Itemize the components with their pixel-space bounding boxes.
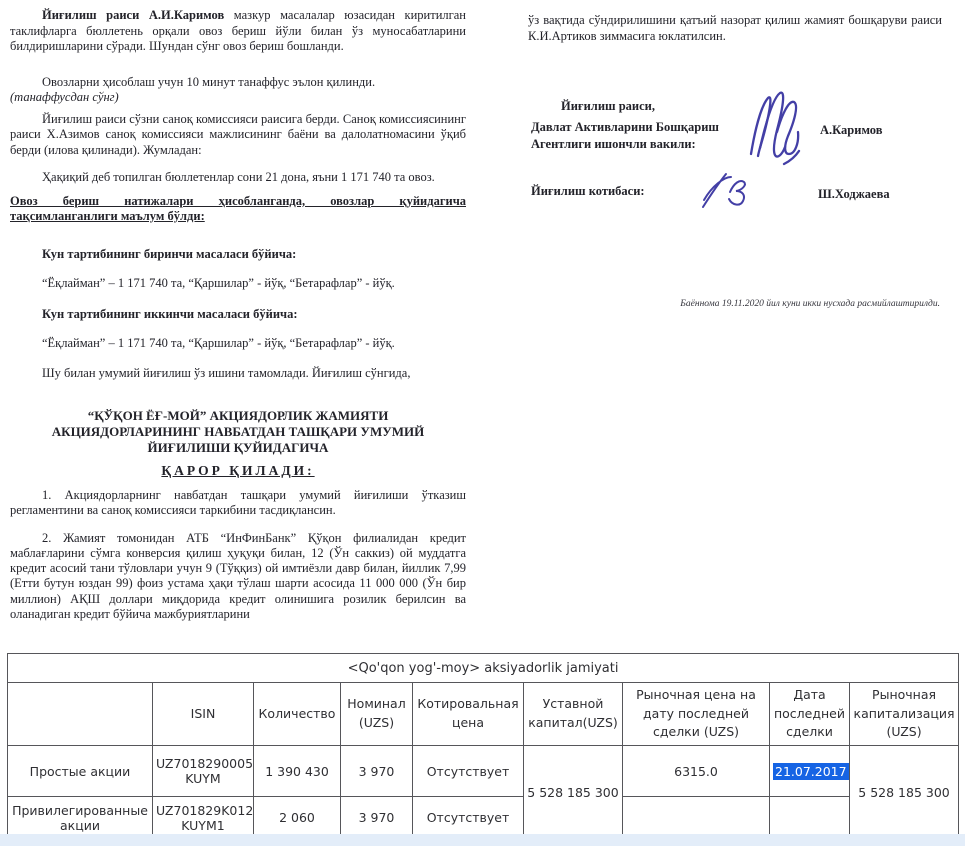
paragraph-ballots-count: Ҳақиқий деб топилган бюллетенлар сони 21… xyxy=(10,170,466,186)
bottom-highlight-strip xyxy=(0,834,965,846)
signatory1-label: Давлат Активларини Бошқариш Агентлиги иш… xyxy=(531,119,731,152)
protocol-copies-note: Баённома 19.11.2020 йил куни икки нусхад… xyxy=(528,296,940,312)
resolution-title-line3: ЙИҒИЛИШИ ҚУЙИДАГИЧА xyxy=(10,440,466,456)
cell-quote-price: Отсутствует xyxy=(413,797,524,839)
header-last-deal-date: Дата последней сделки xyxy=(770,683,850,746)
resolution-title: “ҚЎҚОН ЁҒ-МОЙ” АКЦИЯДОРЛИК ЖАМИЯТИ АКЦИЯ… xyxy=(10,408,466,456)
header-charter-capital: Уставной капитал(UZS) xyxy=(524,683,623,746)
cell-charter-capital: 5 528 185 300 xyxy=(524,746,623,839)
agenda-item2-heading: Кун тартибининг иккинчи масаласи бўйича: xyxy=(10,307,466,323)
agenda-item1-result: “Ёқлайман” – 1 171 740 та, “Қаршилар” - … xyxy=(10,276,466,292)
signatory1-name: А.Каримов xyxy=(820,122,883,138)
cell-last-price-empty xyxy=(623,797,770,839)
paragraph-meeting-closing: Шу билан умумий йиғилиш ўз ишини тамомла… xyxy=(10,366,466,382)
resolution-title-line2: АКЦИЯДОРЛАРИНИНГ НАВБАТДАН ТАШҚАРИ УМУМИ… xyxy=(10,424,466,440)
decision-item-1: 1. Акциядорларнинг навбатдан ташқари уму… xyxy=(10,488,466,519)
cell-last-date: 21.07.2017 xyxy=(770,746,850,797)
left-text-column: Йиғилиш раиси А.И.Каримов мазкур масалал… xyxy=(10,8,466,622)
cell-last-date-empty xyxy=(770,797,850,839)
cell-last-price: 6315.0 xyxy=(623,746,770,797)
karimov-signature-icon xyxy=(744,88,802,170)
table-title-row: <Qo'qon yog'-moy> aksiyadorlik jamiyati xyxy=(8,654,959,683)
table-header-row: ISIN Количество Номинал (UZS) Котироваль… xyxy=(8,683,959,746)
stock-table-wrap: <Qo'qon yog'-moy> aksiyadorlik jamiyati … xyxy=(7,653,959,839)
header-quantity: Количество xyxy=(254,683,341,746)
signatory2-label: Йиғилиш котибаси: xyxy=(531,183,645,199)
signature-block-heading: Йиғилиш раиси, xyxy=(561,98,655,114)
paragraph-counting-commission: Йиғилиш раиси сўзни саноқ комиссияси раи… xyxy=(10,112,466,159)
cell-isin: UZ7018290005 KUYM xyxy=(153,746,254,797)
cell-name: Привилегированные акции xyxy=(8,797,153,839)
khodjaeva-signature-icon xyxy=(700,172,748,212)
decision-item-2: 2. Жамият томонидан АТБ “ИнФинБанк” Қўқо… xyxy=(10,531,466,623)
header-quote-price: Котировальная цена xyxy=(413,683,524,746)
cell-quantity: 2 060 xyxy=(254,797,341,839)
header-market-price: Рыночная цена на дату последней сделки (… xyxy=(623,683,770,746)
agenda-item1-heading: Кун тартибининг биринчи масаласи бўйича: xyxy=(10,247,466,263)
paragraph-break-announcement: Овозларни ҳисоблаш учун 10 минут танаффу… xyxy=(10,75,466,106)
document-page: Йиғилиш раиси А.И.Каримов мазкур масалал… xyxy=(0,0,965,846)
resolution-title-line1: “ҚЎҚОН ЁҒ-МОЙ” АКЦИЯДОРЛИК ЖАМИЯТИ xyxy=(10,408,466,424)
signatory2-name: Ш.Ходжаева xyxy=(818,186,890,202)
cell-isin: UZ701829K012 KUYM1 xyxy=(153,797,254,839)
header-empty xyxy=(8,683,153,746)
header-market-cap: Рыночная капитализация (UZS) xyxy=(850,683,959,746)
cell-quote-price: Отсутствует xyxy=(413,746,524,797)
decision-heading: ҚАРОР ҚИЛАДИ: xyxy=(10,463,466,479)
cell-nominal: 3 970 xyxy=(341,797,413,839)
header-nominal: Номинал (UZS) xyxy=(341,683,413,746)
paragraph-voting-intro: Йиғилиш раиси А.И.Каримов мазкур масалал… xyxy=(10,8,466,55)
cell-name: Простые акции xyxy=(8,746,153,797)
table-title: <Qo'qon yog'-moy> aksiyadorlik jamiyati xyxy=(8,654,959,683)
paragraph-credit-control: ўз вақтида сўндирилишини қатъий назорат … xyxy=(528,12,942,44)
cell-quantity: 1 390 430 xyxy=(254,746,341,797)
cell-nominal: 3 970 xyxy=(341,746,413,797)
paragraph-voting-results-heading: Овоз бериш натижалари ҳисобланганда, ово… xyxy=(10,194,466,225)
break-announcement-text: Овозларни ҳисоблаш учун 10 минут танаффу… xyxy=(42,75,375,89)
table-row-common-shares: Простые акции UZ7018290005 KUYM 1 390 43… xyxy=(8,746,959,797)
table-row-preferred-shares: Привилегированные акции UZ701829K012 KUY… xyxy=(8,797,959,839)
header-isin: ISIN xyxy=(153,683,254,746)
cell-market-cap: 5 528 185 300 xyxy=(850,746,959,839)
stock-table: <Qo'qon yog'-moy> aksiyadorlik jamiyati … xyxy=(7,653,959,839)
agenda-item2-result: “Ёқлайман” – 1 171 740 та, “Қаршилар” - … xyxy=(10,336,466,352)
selection-highlight-date[interactable]: 21.07.2017 xyxy=(773,763,849,780)
after-break-note: (танаффусдан сўнг) xyxy=(10,90,119,104)
chairman-name-bold: Йиғилиш раиси А.И.Каримов xyxy=(42,8,224,22)
